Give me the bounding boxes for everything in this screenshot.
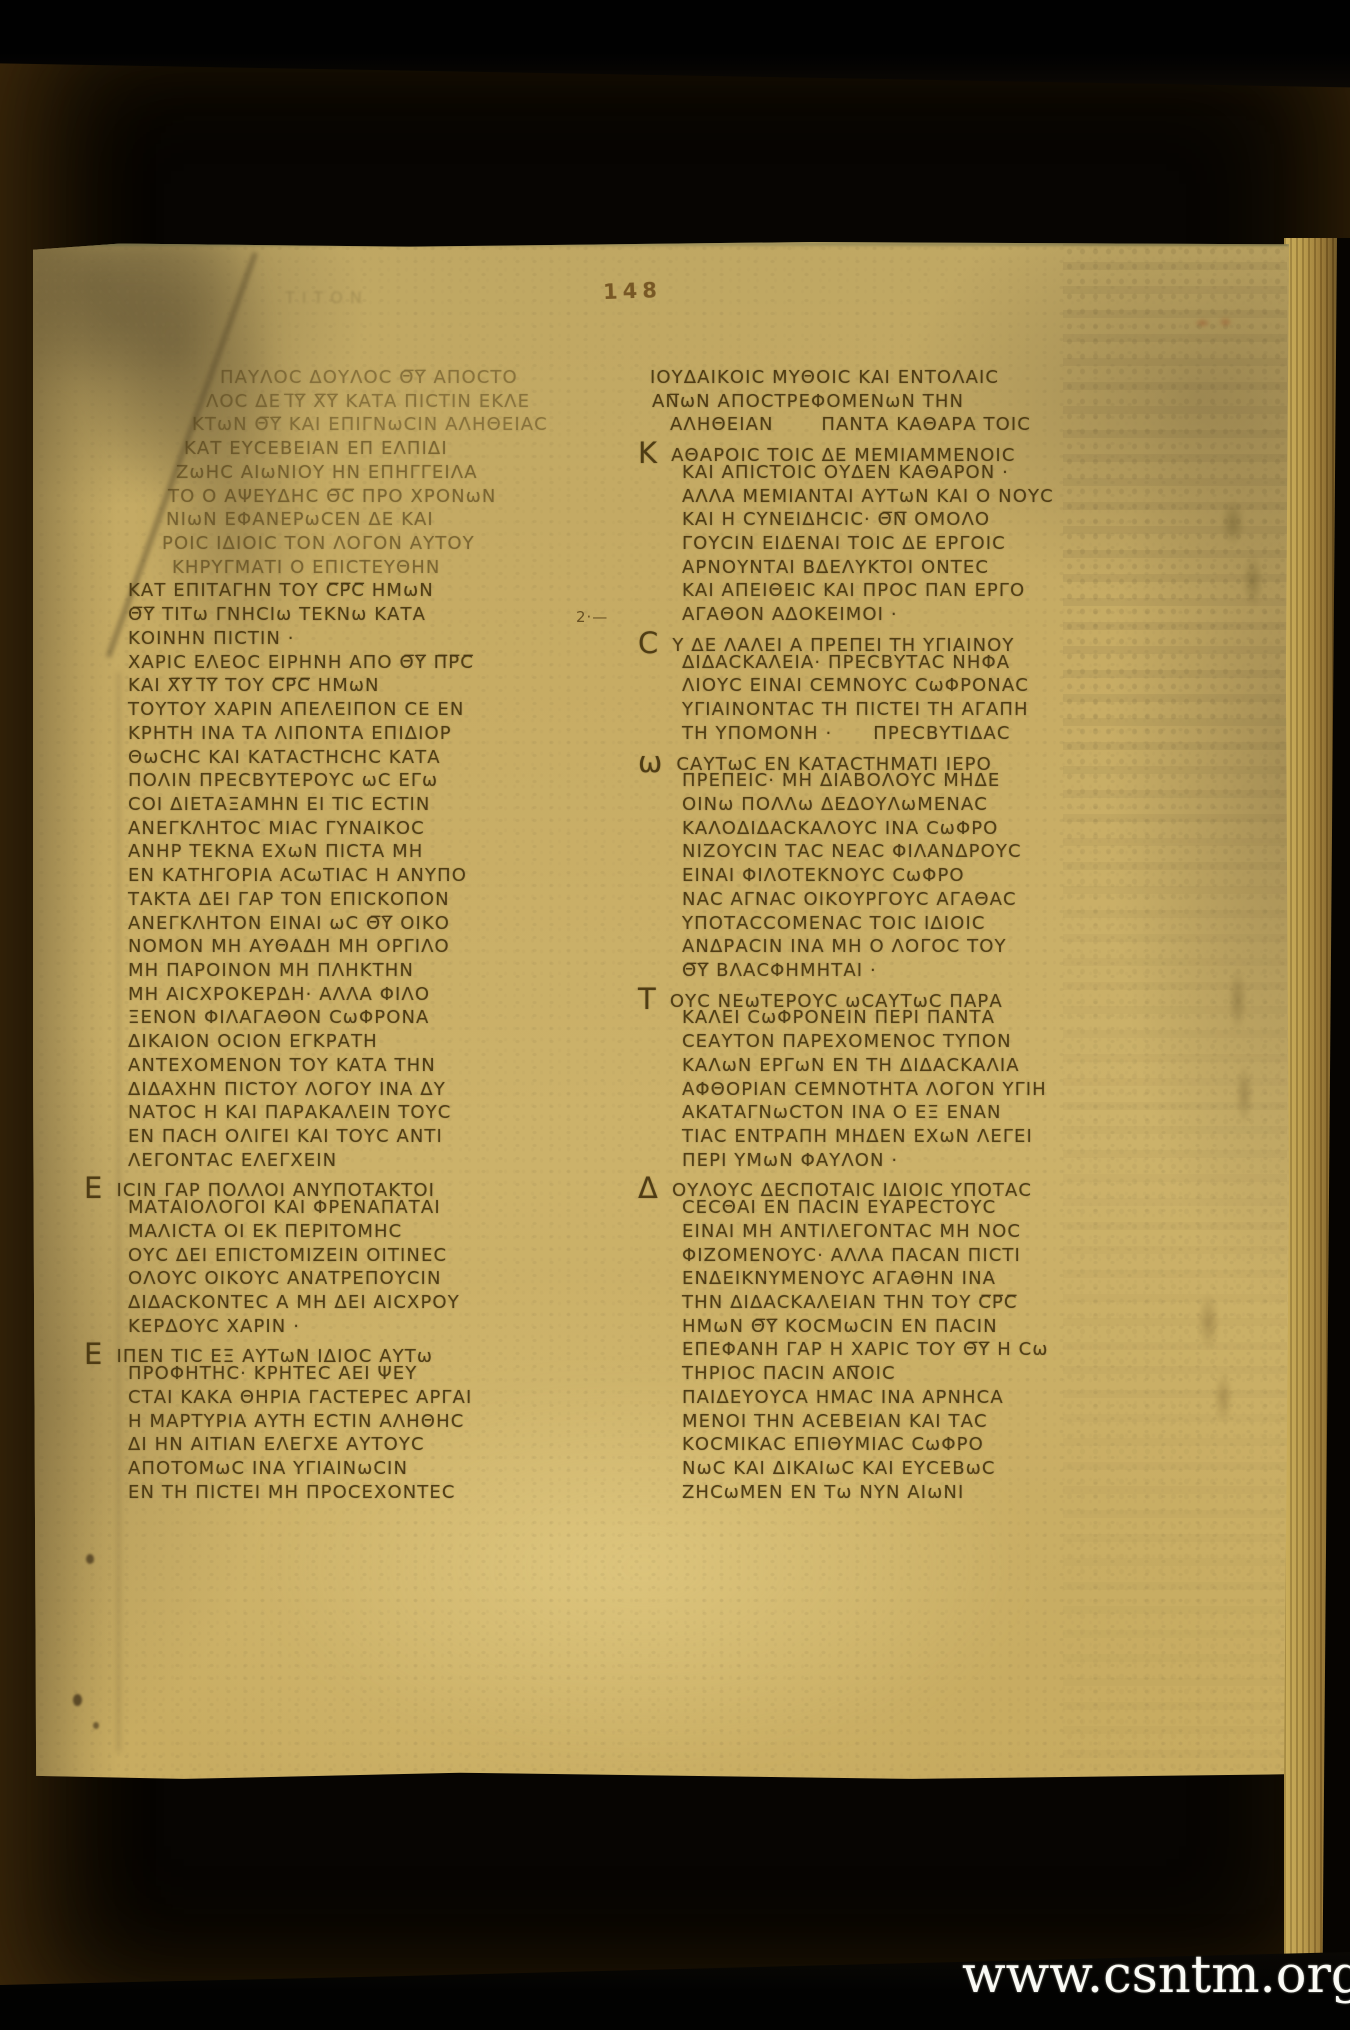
manuscript-line: ΤΙΑϹ ΕΝΤΡΑΠΗ ΜΗΔΕΝ ΕΧωΝ ΛΕΓΕΙ bbox=[682, 1125, 1158, 1149]
manuscript-line: ΑΛΗΘΕΙΑΝ ΠΑΝΤΑ ΚΑΘΑΡΑ ΤΟΙϹ bbox=[670, 413, 1158, 437]
manuscript-line: ΑΓΑΘΟΝ ΑΔΟΚΕΙΜΟΙ · bbox=[682, 603, 1158, 627]
manuscript-line: ΚΑΙ Η ϹΥΝΕΙΔΗϹΙϹ· Θ̅Ν̅ ΟΜΟΛΟ bbox=[682, 508, 1158, 532]
manuscript-line: ΝΙΖΟΥϹΙΝ ΤΑϹ ΝΕΑϹ ΦΙΛΑΝΔΡΟΥϹ bbox=[682, 840, 1158, 864]
manuscript-line: Θ̅Υ̅ ΤΙΤω ΓΝΗϹΙω ΤΕΚΝω ΚΑΤΑ bbox=[128, 603, 614, 627]
manuscript-line: ΖωΗϹ ΑΙωΝΙΟΥ ΗΝ ΕΠΗΓΓΕΙΛΑ bbox=[128, 461, 614, 485]
manuscript-line: ΔΙΔΑϹΚΑΛΕΙΑ· ΠΡΕϹΒΥΤΑϹ ΝΗΦΑ bbox=[682, 651, 1158, 675]
manuscript-line: ΑΠΟΤΟΜωϹ ΙΝΑ ΥΓΙΑΙΝωϹΙΝ bbox=[128, 1457, 614, 1481]
manuscript-line: ΤΗ ΥΠΟΜΟΝΗ · ΠΡΕϹΒΥΤΙΔΑϹ bbox=[682, 722, 1158, 746]
enlarged-initial: Κ bbox=[638, 439, 671, 468]
manuscript-line: ΟΙΝω ΠΟΛΛω ΔΕΔΟΥΛωΜΕΝΑϹ bbox=[682, 793, 1158, 817]
manuscript-line: ΚΑΤ ΕΥϹΕΒΕΙΑΝ ΕΠ ΕΛΠΙΔΙ bbox=[128, 437, 614, 461]
manuscript-line: ΤΗΡΙΟϹ ΠΑϹΙΝ ΑΝ̅ΟΙϹ bbox=[682, 1362, 1158, 1386]
manuscript-line: ΤΑΚΤΑ ΔΕΙ ΓΑΡ ΤΟΝ ΕΠΙϹΚΟΠΟΝ bbox=[128, 888, 614, 912]
manuscript-line: ΚΡΗΤΗ ΙΝΑ ΤΑ ΛΙΠΟΝΤΑ ΕΠΙΔΙΟΡ bbox=[128, 722, 614, 746]
manuscript-line: ΑΝΕΓΚΛΗΤΟΝ ΕΙΝΑΙ ωϹ Θ̅Υ̅ ΟΙΚΟ bbox=[128, 912, 614, 936]
manuscript-line: ΠΟΛΙΝ ΠΡΕϹΒΥΤΕΡΟΥϹ ωϹ ΕΓω bbox=[128, 769, 614, 793]
manuscript-line: ΦΙΖΟΜΕΝΟΥϹ· ΑΛΛΑ ΠΑϹΑΝ ΠΙϹΤΙ bbox=[682, 1244, 1158, 1268]
csntm-watermark: www.csntm.org bbox=[962, 1946, 1350, 2005]
manuscript-line: ϹΥ ΔΕ ΛΑΛΕΙ Α ΠΡΕΠΕΙ ΤΗ ΥΓΙΑΙΝΟΥ bbox=[682, 627, 1158, 651]
manuscript-line: ΕΝΔΕΙΚΝΥΜΕΝΟΥϹ ΑΓΑΘΗΝ ΙΝΑ bbox=[682, 1267, 1158, 1291]
manuscript-line: ΜΗ ΠΑΡΟΙΝΟΝ ΜΗ ΠΛΗΚΤΗΝ bbox=[128, 959, 614, 983]
margin-scribble bbox=[1191, 314, 1237, 332]
manuscript-line: ΚΑΛωΝ ΕΡΓωΝ ΕΝ ΤΗ ΔΙΔΑϹΚΑΛΙΑ bbox=[682, 1054, 1158, 1078]
manuscript-line: ΜΕΝΟΙ ΤΗΝ ΑϹΕΒΕΙΑΝ ΚΑΙ ΤΑϹ bbox=[682, 1410, 1158, 1434]
manuscript-line: ΑΛΛΑ ΜΕΜΙΑΝΤΑΙ ΑΥΤωΝ ΚΑΙ Ο ΝΟΥϹ bbox=[682, 485, 1158, 509]
manuscript-line: ΔΟΥΛΟΥϹ ΔΕϹΠΟΤΑΙϹ ΙΔΙΟΙϹ ΥΠΟΤΑϹ bbox=[682, 1172, 1158, 1196]
manuscript-line: ΚΗΡΥΓΜΑΤΙ Ο ΕΠΙϹΤΕΥΘΗΝ bbox=[128, 556, 614, 580]
manuscript-line: Η ΜΑΡΤΥΡΙΑ ΑΥΤΗ ΕϹΤΙΝ ΑΛΗΘΗϹ bbox=[128, 1410, 614, 1434]
manuscript-line: ΔΙΔΑϹΚΟΝΤΕϹ Α ΜΗ ΔΕΙ ΑΙϹΧΡΟΥ bbox=[128, 1291, 614, 1315]
manuscript-line: ΧΑΡΙϹ ΕΛΕΟϹ ΕΙΡΗΝΗ ΑΠΟ Θ̅Υ̅ Π̅Ρ̅Ϲ̅ bbox=[128, 651, 614, 675]
manuscript-line: ΠΑΥΛΟϹ ΔΟΥΛΟϹ Θ̅Υ̅ ΑΠΟϹΤΟ bbox=[128, 366, 614, 390]
manuscript-line: ΜΗ ΑΙϹΧΡΟΚΕΡΔΗ· ΑΛΛΑ ΦΙΛΟ bbox=[128, 983, 614, 1007]
manuscript-line: ΑΝ̅ωΝ ΑΠΟϹΤΡΕΦΟΜΕΝωΝ ΤΗΝ bbox=[652, 390, 1158, 414]
enlarged-initial: ω bbox=[638, 748, 676, 777]
manuscript-line: ΑΝΕΓΚΛΗΤΟϹ ΜΙΑϹ ΓΥΝΑΙΚΟϹ bbox=[128, 817, 614, 841]
manuscript-line: ΚΤωΝ Θ̅Υ̅ ΚΑΙ ΕΠΙΓΝωϹΙΝ ΑΛΗΘΕΙΑϹ bbox=[128, 413, 614, 437]
manuscript-line: ΕΙΝΑΙ ΦΙΛΟΤΕΚΝΟΥϹ ϹωΦΡΟ bbox=[682, 864, 1158, 888]
manuscript-line: ΕΝ ΚΑΤΗΓΟΡΙΑ ΑϹωΤΙΑϹ Η ΑΝΥΠΟ bbox=[128, 864, 614, 888]
manuscript-line: ΕΙϹΙΝ ΓΑΡ ΠΟΛΛΟΙ ΑΝΥΠΟΤΑΚΤΟΙ bbox=[128, 1172, 614, 1196]
manuscript-line: ΠΡΟΦΗΤΗϹ· ΚΡΗΤΕϹ ΑΕΙ ΨΕΥ bbox=[128, 1362, 614, 1386]
manuscript-line: ΙΟΥΔΑΙΚΟΙϹ ΜΥΘΟΙϹ ΚΑΙ ΕΝΤΟΛΑΙϹ bbox=[650, 366, 1158, 390]
margin-scribble bbox=[1201, 490, 1281, 620]
manuscript-line: ΞΕΝΟΝ ΦΙΛΑΓΑΘΟΝ ϹωΦΡΟΝΑ bbox=[128, 1006, 614, 1030]
wormhole-spot bbox=[73, 1694, 82, 1706]
manuscript-line: ΡΟΙϹ ΙΔΙΟΙϹ ΤΟΝ ΛΟΓΟΝ ΑΥΤΟΥ bbox=[128, 532, 614, 556]
manuscript-line: ΚΑΤ ΕΠΙΤΑΓΗΝ ΤΟΥ Ϲ̅Ρ̅Ϲ̅ ΗΜωΝ bbox=[128, 579, 614, 603]
manuscript-line: ϹΟΙ ΔΙΕΤΑΞΑΜΗΝ ΕΙ ΤΙϹ ΕϹΤΙΝ bbox=[128, 793, 614, 817]
manuscript-line: ΘωϹΗϹ ΚΑΙ ΚΑΤΑϹΤΗϹΗϹ ΚΑΤΑ bbox=[128, 746, 614, 770]
wormhole-spot bbox=[93, 1722, 99, 1729]
manuscript-line: ΚΑΘΑΡΟΙϹ ΤΟΙϹ ΔΕ ΜΕΜΙΑΜΜΕΝΟΙϹ bbox=[682, 437, 1158, 461]
manuscript-line: ΝΑϹ ΑΓΝΑϹ ΟΙΚΟΥΡΓΟΥϹ ΑΓΑΘΑϹ bbox=[682, 888, 1158, 912]
manuscript-line: ΑΦΘΟΡΙΑΝ ϹΕΜΝΟΤΗΤΑ ΛΟΓΟΝ ΥΓΙΗ bbox=[682, 1078, 1158, 1102]
manuscript-line: ΟΥϹ ΔΕΙ ΕΠΙϹΤΟΜΙΖΕΙΝ ΟΙΤΙΝΕϹ bbox=[128, 1244, 614, 1268]
manuscript-line: ΖΗϹωΜΕΝ ΕΝ Τω ΝΥΝ ΑΙωΝΙ bbox=[682, 1481, 1158, 1505]
manuscript-line: ϹΕϹΘΑΙ ΕΝ ΠΑϹΙΝ ΕΥΑΡΕϹΤΟΥϹ bbox=[682, 1196, 1158, 1220]
manuscript-line: Θ̅Υ̅ ΒΛΑϹΦΗΜΗΤΑΙ · bbox=[682, 959, 1158, 983]
manuscript-line: ΕΙΝΑΙ ΜΗ ΑΝΤΙΛΕΓΟΝΤΑϹ ΜΗ ΝΟϹ bbox=[682, 1220, 1158, 1244]
manuscript-line: ΚΟϹΜΙΚΑϹ ΕΠΙΘΥΜΙΑϹ ϹωΦΡΟ bbox=[682, 1433, 1158, 1457]
manuscript-line: ΠΕΡΙ ΥΜωΝ ΦΑΥΛΟΝ · bbox=[682, 1149, 1158, 1173]
manuscript-line: ΓΟΥϹΙΝ ΕΙΔΕΝΑΙ ΤΟΙϹ ΔΕ ΕΡΓΟΙϹ bbox=[682, 532, 1158, 556]
manuscript-line: ϹΤΑΙ ΚΑΚΑ ΘΗΡΙΑ ΓΑϹΤΕΡΕϹ ΑΡΓΑΙ bbox=[128, 1386, 614, 1410]
manuscript-line: ΜΑΛΙϹΤΑ ΟΙ ΕΚ ΠΕΡΙΤΟΜΗϹ bbox=[128, 1220, 614, 1244]
manuscript-line: ΤΟΥΤΟΥ ΧΑΡΙΝ ΑΠΕΛΕΙΠΟΝ ϹΕ ΕΝ bbox=[128, 698, 614, 722]
manuscript-line: ΝωϹ ΚΑΙ ΔΙΚΑΙωϹ ΚΑΙ ΕΥϹΕΒωϹ bbox=[682, 1457, 1158, 1481]
manuscript-line: ΚΑΙ ΑΠΙϹΤΟΙϹ ΟΥΔΕΝ ΚΑΘΑΡΟΝ · bbox=[682, 461, 1158, 485]
manuscript-line: ΚΑΛΟΔΙΔΑϹΚΑΛΟΥϹ ΙΝΑ ϹωΦΡΟ bbox=[682, 817, 1158, 841]
manuscript-line: ΠΡΕΠΕΙϹ· ΜΗ ΔΙΑΒΟΛΟΥϹ ΜΗΔΕ bbox=[682, 769, 1158, 793]
manuscript-photo: ΤΙΤΟΝ 148 2·— ΠΑΥΛΟϹ ΔΟΥΛΟϹ Θ̅Υ̅ ΑΠΟϹΤΟΛ… bbox=[0, 0, 1350, 2030]
manuscript-line: ΕΠΕΦΑΝΗ ΓΑΡ Η ΧΑΡΙϹ ΤΟΥ Θ̅Υ̅ Η Ϲω bbox=[682, 1338, 1158, 1362]
enlarged-initial: Ε bbox=[84, 1174, 116, 1203]
manuscript-line: ΝΟΜΟΝ ΜΗ ΑΥΘΑΔΗ ΜΗ ΟΡΓΙΛΟ bbox=[128, 935, 614, 959]
manuscript-line: ϹΕΑΥΤΟΝ ΠΑΡΕΧΟΜΕΝΟϹ ΤΥΠΟΝ bbox=[682, 1030, 1158, 1054]
manuscript-line: ΜΑΤΑΙΟΛΟΓΟΙ ΚΑΙ ΦΡΕΝΑΠΑΤΑΙ bbox=[128, 1196, 614, 1220]
manuscript-leaf: ΤΙΤΟΝ 148 2·— ΠΑΥΛΟϹ ΔΟΥΛΟϹ Θ̅Υ̅ ΑΠΟϹΤΟΛ… bbox=[33, 242, 1289, 1782]
manuscript-line: ΝΑΤΟϹ Η ΚΑΙ ΠΑΡΑΚΑΛΕΙΝ ΤΟΥϹ bbox=[128, 1101, 614, 1125]
manuscript-line: ΑΝΗΡ ΤΕΚΝΑ ΕΧωΝ ΠΙϹΤΑ ΜΗ bbox=[128, 840, 614, 864]
manuscript-line: ΑΝΤΕΧΟΜΕΝΟΝ ΤΟΥ ΚΑΤΑ ΤΗΝ bbox=[128, 1054, 614, 1078]
manuscript-line: ΑΡΝΟΥΝΤΑΙ ΒΔΕΛΥΚΤΟΙ ΟΝΤΕϹ bbox=[682, 556, 1158, 580]
manuscript-line: ΑΚΑΤΑΓΝωϹΤΟΝ ΙΝΑ Ο ΕΞ ΕΝΑΝ bbox=[682, 1101, 1158, 1125]
manuscript-line: ΚΑΙ Χ̅Υ̅ Ι̅Υ̅ ΤΟΥ Ϲ̅Ρ̅Ϲ̅ ΗΜωΝ bbox=[128, 674, 614, 698]
margin-scribble bbox=[1208, 937, 1274, 1147]
manuscript-line: ΔΙΚΑΙΟΝ ΟϹΙΟΝ ΕΓΚΡΑΤΗ bbox=[128, 1030, 614, 1054]
manuscript-line: ΥΠΟΤΑϹϹΟΜΕΝΑϹ ΤΟΙϹ ΙΔΙΟΙϹ bbox=[682, 912, 1158, 936]
manuscript-line: ΤΗΝ ΔΙΔΑϹΚΑΛΕΙΑΝ ΤΗΝ ΤΟΥ Ϲ̅Ρ̅Ϲ̅ bbox=[682, 1291, 1158, 1315]
manuscript-line: ΝΙωΝ ΕΦΑΝΕΡωϹΕΝ ΔΕ ΚΑΙ bbox=[128, 508, 614, 532]
enlarged-initial: Τ bbox=[638, 985, 670, 1014]
manuscript-line: ΟΛΟΥϹ ΟΙΚΟΥϹ ΑΝΑΤΡΕΠΟΥϹΙΝ bbox=[128, 1267, 614, 1291]
manuscript-line: ΤΟ Ο ΑΨΕΥΔΗϹ Θ̅Ϲ̅ ΠΡΟ ΧΡΟΝωΝ bbox=[128, 485, 614, 509]
enlarged-initial: Ε bbox=[84, 1340, 116, 1369]
margin-scribble bbox=[1179, 1268, 1253, 1448]
enlarged-initial: Ϲ bbox=[638, 629, 672, 658]
manuscript-line: ΚΑΙ ΑΠΕΙΘΕΙϹ ΚΑΙ ΠΡΟϹ ΠΑΝ ΕΡΓΟ bbox=[682, 579, 1158, 603]
manuscript-line: ΑΝΔΡΑϹΙΝ ΙΝΑ ΜΗ Ο ΛΟΓΟϹ ΤΟΥ bbox=[682, 935, 1158, 959]
manuscript-line: ΛΟϹ ΔΕ Ι̅Υ̅ Χ̅Υ̅ ΚΑΤΑ ΠΙϹΤΙΝ ΕΚΛΕ bbox=[128, 390, 614, 414]
manuscript-line: ΠΑΙΔΕΥΟΥϹΑ ΗΜΑϹ ΙΝΑ ΑΡΝΗϹΑ bbox=[682, 1386, 1158, 1410]
text-column-right: ΙΟΥΔΑΙΚΟΙϹ ΜΥΘΟΙϹ ΚΑΙ ΕΝΤΟΛΑΙϹΑΝ̅ωΝ ΑΠΟϹ… bbox=[682, 366, 1158, 1505]
manuscript-line: ΚΕΡΔΟΥϹ ΧΑΡΙΝ · bbox=[128, 1315, 614, 1339]
manuscript-line: ΗΜωΝ Θ̅Υ̅ ΚΟϹΜωϹΙΝ ΕΝ ΠΑϹΙΝ bbox=[682, 1315, 1158, 1339]
text-column-left: ΠΑΥΛΟϹ ΔΟΥΛΟϹ Θ̅Υ̅ ΑΠΟϹΤΟΛΟϹ ΔΕ Ι̅Υ̅ Χ̅Υ… bbox=[128, 366, 614, 1505]
wormhole-spot bbox=[86, 1554, 94, 1564]
manuscript-line: ΕΙΠΕΝ ΤΙϹ ΕΞ ΑΥΤωΝ ΙΔΙΟϹ ΑΥΤω bbox=[128, 1338, 614, 1362]
manuscript-line: ΕΝ ΠΑϹΗ ΟΛΙΓΕΙ ΚΑΙ ΤΟΥϹ ΑΝΤΙ bbox=[128, 1125, 614, 1149]
manuscript-line: ΚΟΙΝΗΝ ΠΙϹΤΙΝ · bbox=[128, 627, 614, 651]
manuscript-line: ωϹΑΥΤωϹ ΕΝ ΚΑΤΑϹΤΗΜΑΤΙ ΙΕΡΟ bbox=[682, 746, 1158, 770]
manuscript-line: ΤΟΥϹ ΝΕωΤΕΡΟΥϹ ωϹΑΥΤωϹ ΠΑΡΑ bbox=[682, 983, 1158, 1007]
manuscript-line: ΛΙΟΥϹ ΕΙΝΑΙ ϹΕΜΝΟΥϹ ϹωΦΡΟΝΑϹ bbox=[682, 674, 1158, 698]
manuscript-line: ΚΑΛΕΙ ϹωΦΡΟΝΕΙΝ ΠΕΡΙ ΠΑΝΤΑ bbox=[682, 1006, 1158, 1030]
manuscript-line: ΔΙ ΗΝ ΑΙΤΙΑΝ ΕΛΕΓΧΕ ΑΥΤΟΥϹ bbox=[128, 1433, 614, 1457]
folio-number: 148 bbox=[603, 276, 724, 304]
enlarged-initial: Δ bbox=[638, 1174, 672, 1203]
manuscript-line: ΕΝ ΤΗ ΠΙϹΤΕΙ ΜΗ ΠΡΟϹΕΧΟΝΤΕϹ bbox=[128, 1481, 614, 1505]
manuscript-line: ΔΙΔΑΧΗΝ ΠΙϹΤΟΥ ΛΟΓΟΥ ΙΝΑ ΔΥ bbox=[128, 1078, 614, 1102]
erased-header: ΤΙΤΟΝ bbox=[285, 288, 505, 307]
manuscript-line: ΛΕΓΟΝΤΑϹ ΕΛΕΓΧΕΙΝ bbox=[128, 1149, 614, 1173]
manuscript-line: ΥΓΙΑΙΝΟΝΤΑϹ ΤΗ ΠΙϹΤΕΙ ΤΗ ΑΓΑΠΗ bbox=[682, 698, 1158, 722]
